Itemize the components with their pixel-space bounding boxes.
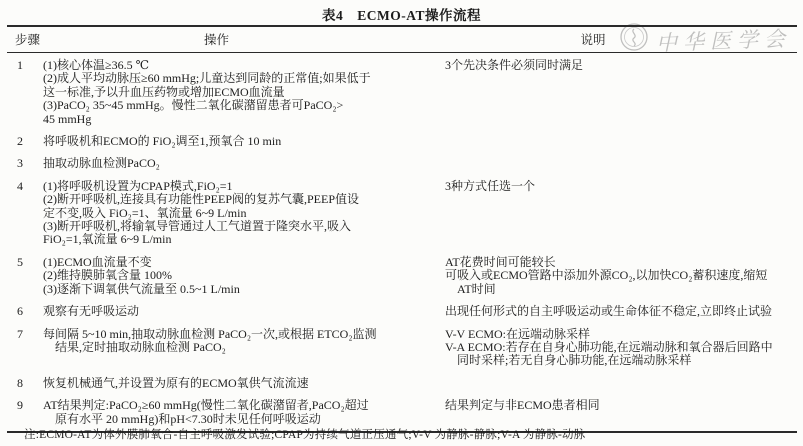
operation-text: 恢复机械通气,并设置为原有的ECMO氧供气流流速: [43, 377, 445, 390]
table-footnote: 注:ECMO-AT为体外膜肺氧合-自主呼吸激发试验;CPAP为持续气道正压通气;…: [24, 426, 797, 442]
step-number: 8: [7, 377, 43, 390]
note-text: AT花费时间可能较长 可吸入或ECMO管路中添加外源CO₂,以加快CO₂蓄积速度…: [445, 256, 797, 296]
step-number: 9: [7, 399, 43, 412]
step-number: 3: [7, 157, 43, 170]
note-text: 3个先决条件必须同时满足: [445, 59, 797, 72]
operation-text: (1)核心体温≥36.5 ℃ (2)成人平均动脉压≥60 mmHg;儿童达到同龄…: [43, 59, 445, 126]
table-row: 7 每间隔 5~10 min,抽取动脉血检测 PaCO₂一次,或根据 ETCO₂…: [7, 324, 797, 373]
step-number: 5: [7, 256, 43, 269]
table-row: 3 抽取动脉血检测PaCO₂: [7, 153, 797, 175]
operation-text: (1)将呼吸机设置为CPAP模式,FiO₂=1 (2)断开呼吸机,连接具有功能性…: [43, 180, 445, 247]
operation-text: (1)ECMO血流量不变 (2)维持膜肺氧含量 100% (3)逐渐下调氧供气流…: [43, 256, 445, 296]
header-step: 步骤: [7, 30, 43, 48]
table-row: 6 观察有无呼吸运动 出现任何形式的自主呼吸运动或生命体征不稳定,立即终止试验: [7, 301, 797, 323]
note-text: 3种方式任选一个: [445, 180, 797, 193]
step-number: 2: [7, 135, 43, 148]
note-text: 结果判定与非ECMO患者相同: [445, 399, 797, 412]
step-number: 4: [7, 180, 43, 193]
header-operation: 操作: [43, 30, 445, 48]
table-row: 1 (1)核心体温≥36.5 ℃ (2)成人平均动脉压≥60 mmHg;儿童达到…: [7, 55, 797, 131]
table-row: 8 恢复机械通气,并设置为原有的ECMO氧供气流流速: [7, 373, 797, 395]
step-number: 1: [7, 59, 43, 72]
step-number: 7: [7, 328, 43, 341]
operation-text: AT结果判定:PaCO₂≥60 mmHg(慢性二氧化碳潴留者,PaCO₂超过 原…: [43, 399, 445, 426]
ecmo-at-procedure-table: 步骤 操作 说明 1 (1)核心体温≥36.5 ℃ (2)成人平均动脉压≥60 …: [7, 25, 797, 433]
table-row: 2 将呼吸机和ECMO的 FiO₂调至1,预氧合 10 min: [7, 131, 797, 153]
operation-text: 观察有无呼吸运动: [43, 305, 445, 318]
table-number: 表4: [322, 8, 343, 23]
note-text: 出现任何形式的自主呼吸运动或生命体征不稳定,立即终止试验: [445, 305, 797, 318]
note-text: V-V ECMO:在远端动脉采样 V-A ECMO:若存在自身心肺功能,在远端动…: [445, 328, 797, 368]
table-title: 表4ECMO-AT操作流程: [0, 0, 803, 24]
table-title-text: ECMO-AT操作流程: [357, 8, 481, 23]
table-body: 1 (1)核心体温≥36.5 ℃ (2)成人平均动脉压≥60 mmHg;儿童达到…: [7, 53, 797, 431]
operation-text: 抽取动脉血检测PaCO₂: [43, 157, 445, 170]
table-row: 4 (1)将呼吸机设置为CPAP模式,FiO₂=1 (2)断开呼吸机,连接具有功…: [7, 176, 797, 252]
operation-text: 每间隔 5~10 min,抽取动脉血检测 PaCO₂一次,或根据 ETCO₂监测…: [43, 328, 445, 355]
table-header-row: 步骤 操作 说明: [7, 27, 797, 53]
table-row: 5 (1)ECMO血流量不变 (2)维持膜肺氧含量 100% (3)逐渐下调氧供…: [7, 252, 797, 301]
operation-text: 将呼吸机和ECMO的 FiO₂调至1,预氧合 10 min: [43, 135, 445, 148]
header-note: 说明: [445, 30, 797, 48]
step-number: 6: [7, 305, 43, 318]
